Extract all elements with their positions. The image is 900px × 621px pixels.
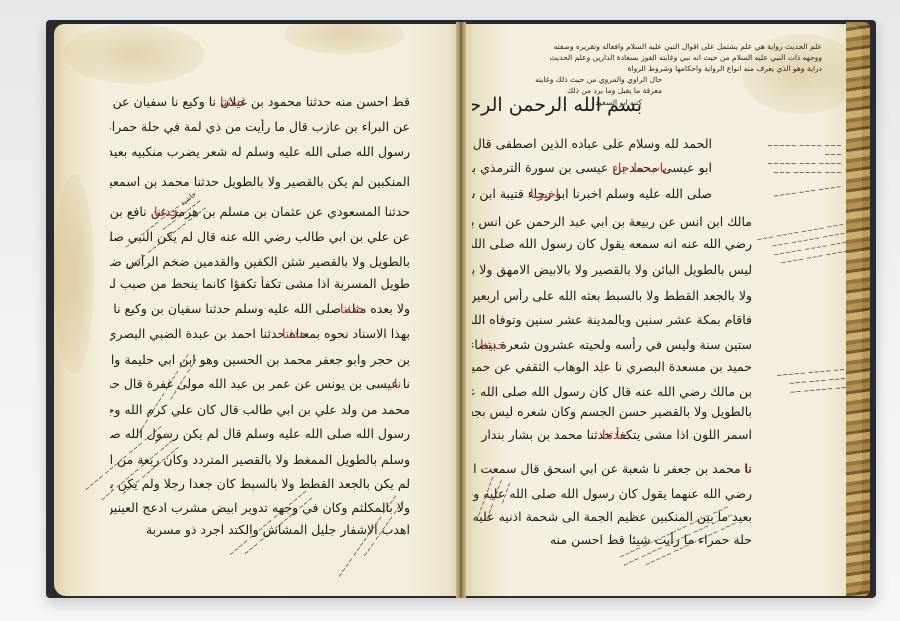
text-line: ولا بالجعد القطط ولا بالسبط بعثه الله عل… xyxy=(472,288,752,303)
rubric: حدثنا xyxy=(340,301,365,316)
basmala: بسم الله الرحمن الرحيم xyxy=(472,94,642,116)
text-line: مالك ابن انس عن ربيعة بن ابي عبد الرحمن … xyxy=(472,214,752,229)
text-line: رسول الله صلى الله عليه وسلم له شعر يضرب… xyxy=(110,144,410,159)
text-line: طويل المسربة اذا مشى تكفأ تكفؤا كانما ين… xyxy=(110,276,410,291)
right-page: علم الحديث رواية هي علم يشتمل على اقوال … xyxy=(462,24,862,596)
rubric: باب ما جاء xyxy=(612,160,667,175)
text-line: قط احسن منه حدثنا محمود بن غيلان نا وكيع… xyxy=(110,94,410,109)
text-line: الحمد لله وسلام على عباده الذين اصطفى قا… xyxy=(472,136,712,151)
text-line: ابو عيسى محمد بن عيسى بن سورة الترمذي با… xyxy=(472,160,712,175)
marginal-note: ~~~ ~~~~ ~~~~~~~~~ ~~~ ~~~~~~ ~~~~~ ~~ xyxy=(761,365,853,400)
text-line: ستين سنة وليس في رأسه ولحيته عشرون شعرة … xyxy=(472,337,752,352)
header-note-line: حال الراوي والمروي من حيث ذلك وغايته xyxy=(492,75,662,84)
text-line: صلى الله عليه وسلم اخبرنا ابو رجاء قتيبة… xyxy=(472,186,712,201)
header-note-line: دراية وهو الذي يعرف منه انواع الرواية وا… xyxy=(492,64,822,73)
text-line: بالطويل ولا بالقصير حسن الجسم وكان شعره … xyxy=(472,404,752,419)
text-line: بن مالك رضي الله عنه قال كان رسول الله ص… xyxy=(472,384,752,399)
text-line: بالطويل ولا بالقصير شثن الكفين والقدمين … xyxy=(110,254,410,269)
header-note-line: ووجهه ذات النبي عليه السلام من حيث انه ن… xyxy=(492,53,822,62)
marginal-note: ~~~ ~~~~ ~~~~ ~~~ ~~~~ xyxy=(469,475,515,541)
rubric: حدثنا xyxy=(602,427,627,442)
left-page: قط احسن منه حدثنا محمود بن غيلان نا وكيع… xyxy=(54,24,460,596)
rubric: حدثنا xyxy=(220,94,245,109)
header-note-line: علم الحديث رواية هي علم يشتمل على اقوال … xyxy=(492,42,822,51)
text-line: بن حجر وابو جعفر محمد بن الحسين وهو ابن … xyxy=(110,352,410,367)
text-line: ليس بالطويل البائن ولا بالقصير ولا بالاب… xyxy=(472,262,752,277)
text-line: نا محمد بن جعفر نا شعبة عن ابي اسحق قال … xyxy=(472,461,752,476)
text-line: رضي الله عنهما يقول كان رسول الله صلى ال… xyxy=(472,486,752,501)
rubric: نا xyxy=(600,359,607,374)
rubric: نا xyxy=(394,376,401,391)
text-line: رضي الله عنه انه سمعه يقول كان رسول الله… xyxy=(472,236,752,251)
text-line: لم يكن بالجعد القطط ولا بالسبط كان جعدا … xyxy=(110,476,410,491)
text-line: حميد بن مسعدة البصري نا عبد الوهاب الثقف… xyxy=(472,359,752,374)
marginal-note: ~~~ ~~~~ ~~~~ ~~~~~~~ ~~~~~ ~~~~~~ ~~~~ … xyxy=(745,221,850,274)
rubric: اخبرنا xyxy=(530,186,559,201)
text-line: المنكبين لم يكن بالقصير ولا بالطويل حدثن… xyxy=(110,174,410,189)
text-line: ولا بالمكلثم وكان في وجهه تدوير ابيض مشر… xyxy=(110,500,410,515)
rubric: حدثنا xyxy=(282,326,307,341)
rubric: نا xyxy=(744,461,751,476)
book-spine-gutter xyxy=(456,22,466,598)
text-line: نا عيسى بن يونس عن عمر بن عبد الله مولى … xyxy=(110,376,410,391)
cover-edge-marbled xyxy=(846,22,870,596)
marginal-note: ~~~ ~~~~ ~~~~~ ~~~~~~~ ~~~ ~~~~~~~~ ~~~~… xyxy=(752,142,842,178)
text-line: عن البراء بن عازب قال ما رأيت من ذي لمة … xyxy=(110,119,410,134)
text-line: فاقام بمكة عشر سنين وبالمدينة عشر سنين و… xyxy=(472,312,752,327)
marginal-note: ~~~~ ~~~ ~~~~ xyxy=(752,183,842,203)
text-line: بهذا الاسناد نحوه بمعناه حدثنا احمد بن ع… xyxy=(110,326,410,341)
rubric: حدثنا xyxy=(480,337,505,352)
